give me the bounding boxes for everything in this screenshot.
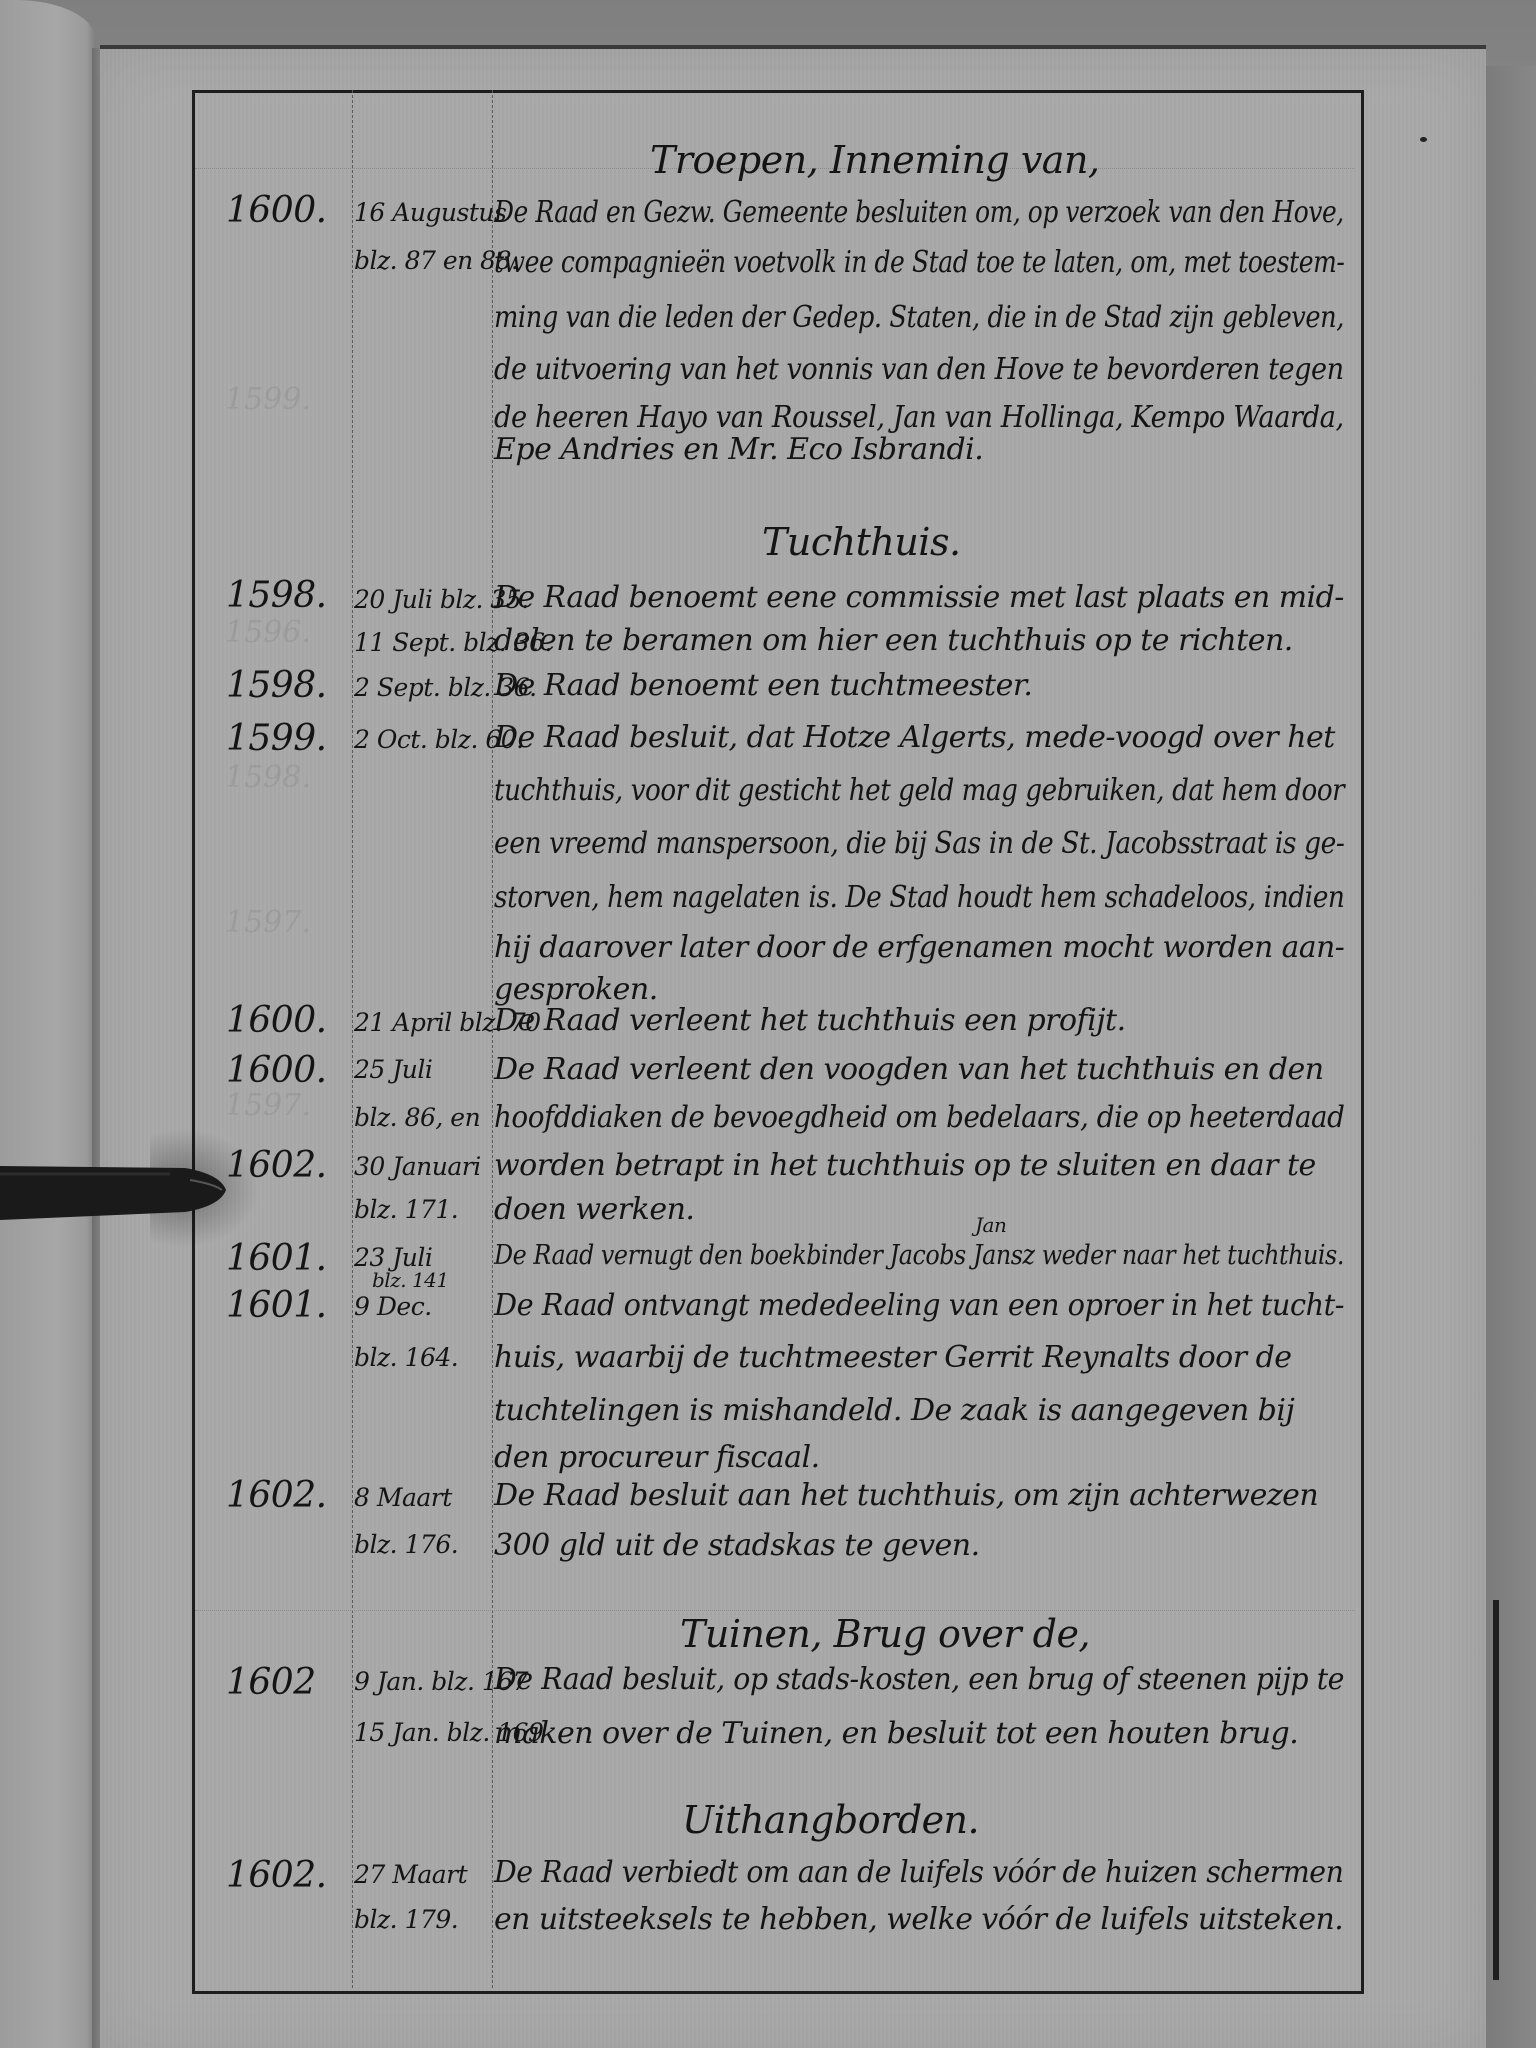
entry-line: gesproken. — [494, 972, 658, 1007]
section-heading: Tuchthuis. — [762, 520, 961, 564]
facing-left-page — [0, 0, 96, 2048]
faint-rule — [195, 1610, 1355, 1611]
entry-folio: blz. 86, en — [354, 1103, 480, 1132]
entry-date: 25 Juli — [354, 1055, 432, 1084]
entry-line: ming van die leden der Gedep. Staten, di… — [494, 300, 1344, 335]
entry-line: doen werken. — [494, 1192, 694, 1227]
entry-line: De Raad en Gezw. Gemeente besluiten om, … — [494, 195, 1344, 230]
entry-line: de heeren Hayo van Roussel, Jan van Holl… — [494, 400, 1344, 435]
entry-line: een vreemd manspersoon, die bij Sas in d… — [494, 826, 1344, 861]
entry-date: 27 Maart — [354, 1860, 467, 1889]
entry-line: tuchthuis, voor dit gesticht het geld ma… — [494, 773, 1344, 808]
entry-year: 1602. — [226, 1855, 327, 1896]
entry-date: 9 Dec. — [354, 1292, 432, 1321]
entry-line: huis, waarbij de tuchtmeester Gerrit Rey… — [494, 1340, 1292, 1375]
entry-date: 16 Augustus — [354, 198, 506, 227]
entry-line: De Raad verleent het tuchthuis een profi… — [494, 1003, 1126, 1038]
entry-folio: blz. 171. — [354, 1195, 458, 1224]
entry-line: 300 gld uit de stadskas te geven. — [494, 1528, 980, 1563]
entry-line: den procureur fiscaal. — [494, 1440, 820, 1475]
entry-line: De Raad verleent den voogden van het tuc… — [494, 1052, 1324, 1087]
entry-line: De Raad besluit, dat Hotze Algerts, mede… — [494, 720, 1335, 755]
entry-line: en uitsteeksels te hebben, welke vóór de… — [494, 1902, 1343, 1937]
entry-folio: blz. 141 — [372, 1268, 449, 1292]
entry-year: 1598. — [226, 665, 327, 706]
entry-date: 8 Maart — [354, 1483, 452, 1512]
entry-line: De Raad benoemt eene commissie met last … — [494, 580, 1344, 615]
interlinear-note: Jan — [975, 1213, 1006, 1237]
entry-year: 1598. — [226, 575, 327, 616]
entry-year: 1600. — [226, 1000, 327, 1041]
entry-year: 1599. — [226, 718, 327, 759]
entry-line: maken over de Tuinen, en besluit tot een… — [494, 1716, 1298, 1751]
entry-line: De Raad vernugt den boekbinder Jacobs Ja… — [494, 1240, 1344, 1271]
entry-line: storven, hem nagelaten is. De Stad houdt… — [494, 880, 1344, 915]
section-heading: Uithangborden. — [682, 1798, 979, 1842]
entry-line: hij daarover later door de erfgenamen mo… — [494, 930, 1344, 965]
entry-line: de uitvoering van het vonnis van den Hov… — [494, 352, 1344, 387]
entry-line: delen te beramen om hier een tuchthuis o… — [494, 623, 1293, 658]
entry-line: De Raad besluit, op stads-kosten, een br… — [494, 1662, 1344, 1697]
book-edge-line — [1493, 1600, 1499, 1980]
entry-year: 1602. — [226, 1475, 327, 1516]
entry-folio: blz. 164. — [354, 1343, 458, 1372]
entry-line: tuchtelingen is mishandeld. De zaak is a… — [494, 1393, 1294, 1428]
section-heading: Tuinen, Brug over de, — [680, 1612, 1090, 1656]
entry-folio: blz. 179. — [354, 1905, 458, 1934]
pen-icon — [0, 1160, 228, 1222]
entry-line: hoofddiaken de bevoegdheid om bedelaars,… — [494, 1100, 1344, 1135]
section-heading: Troepen, Inneming van, — [650, 138, 1100, 182]
entry-year: 1601. — [226, 1285, 327, 1326]
column-divider-ref — [492, 90, 493, 1988]
entry-folio: blz. 176. — [354, 1530, 458, 1559]
entry-line: Epe Andries en Mr. Eco Isbrandi. — [494, 432, 983, 467]
entry-line: De Raad verbiedt om aan de luifels vóór … — [494, 1855, 1343, 1890]
entry-line: De Raad benoemt een tuchtmeester. — [494, 668, 1032, 703]
ink-speck — [1420, 137, 1427, 142]
entry-line: twee compagnieën voetvolk in de Stad toe… — [494, 245, 1344, 280]
entry-year: 1602 — [226, 1662, 316, 1703]
entry-year: 1600. — [226, 190, 327, 231]
entry-line: worden betrapt in het tuchthuis op te sl… — [494, 1148, 1316, 1183]
column-divider-year — [352, 90, 353, 1988]
entry-line: De Raad ontvangt mededeeling van een opr… — [494, 1288, 1344, 1323]
entry-line: De Raad besluit aan het tuchthuis, om zi… — [494, 1478, 1318, 1513]
entry-date: 30 Januari — [354, 1152, 481, 1181]
entry-year: 1600. — [226, 1050, 327, 1091]
